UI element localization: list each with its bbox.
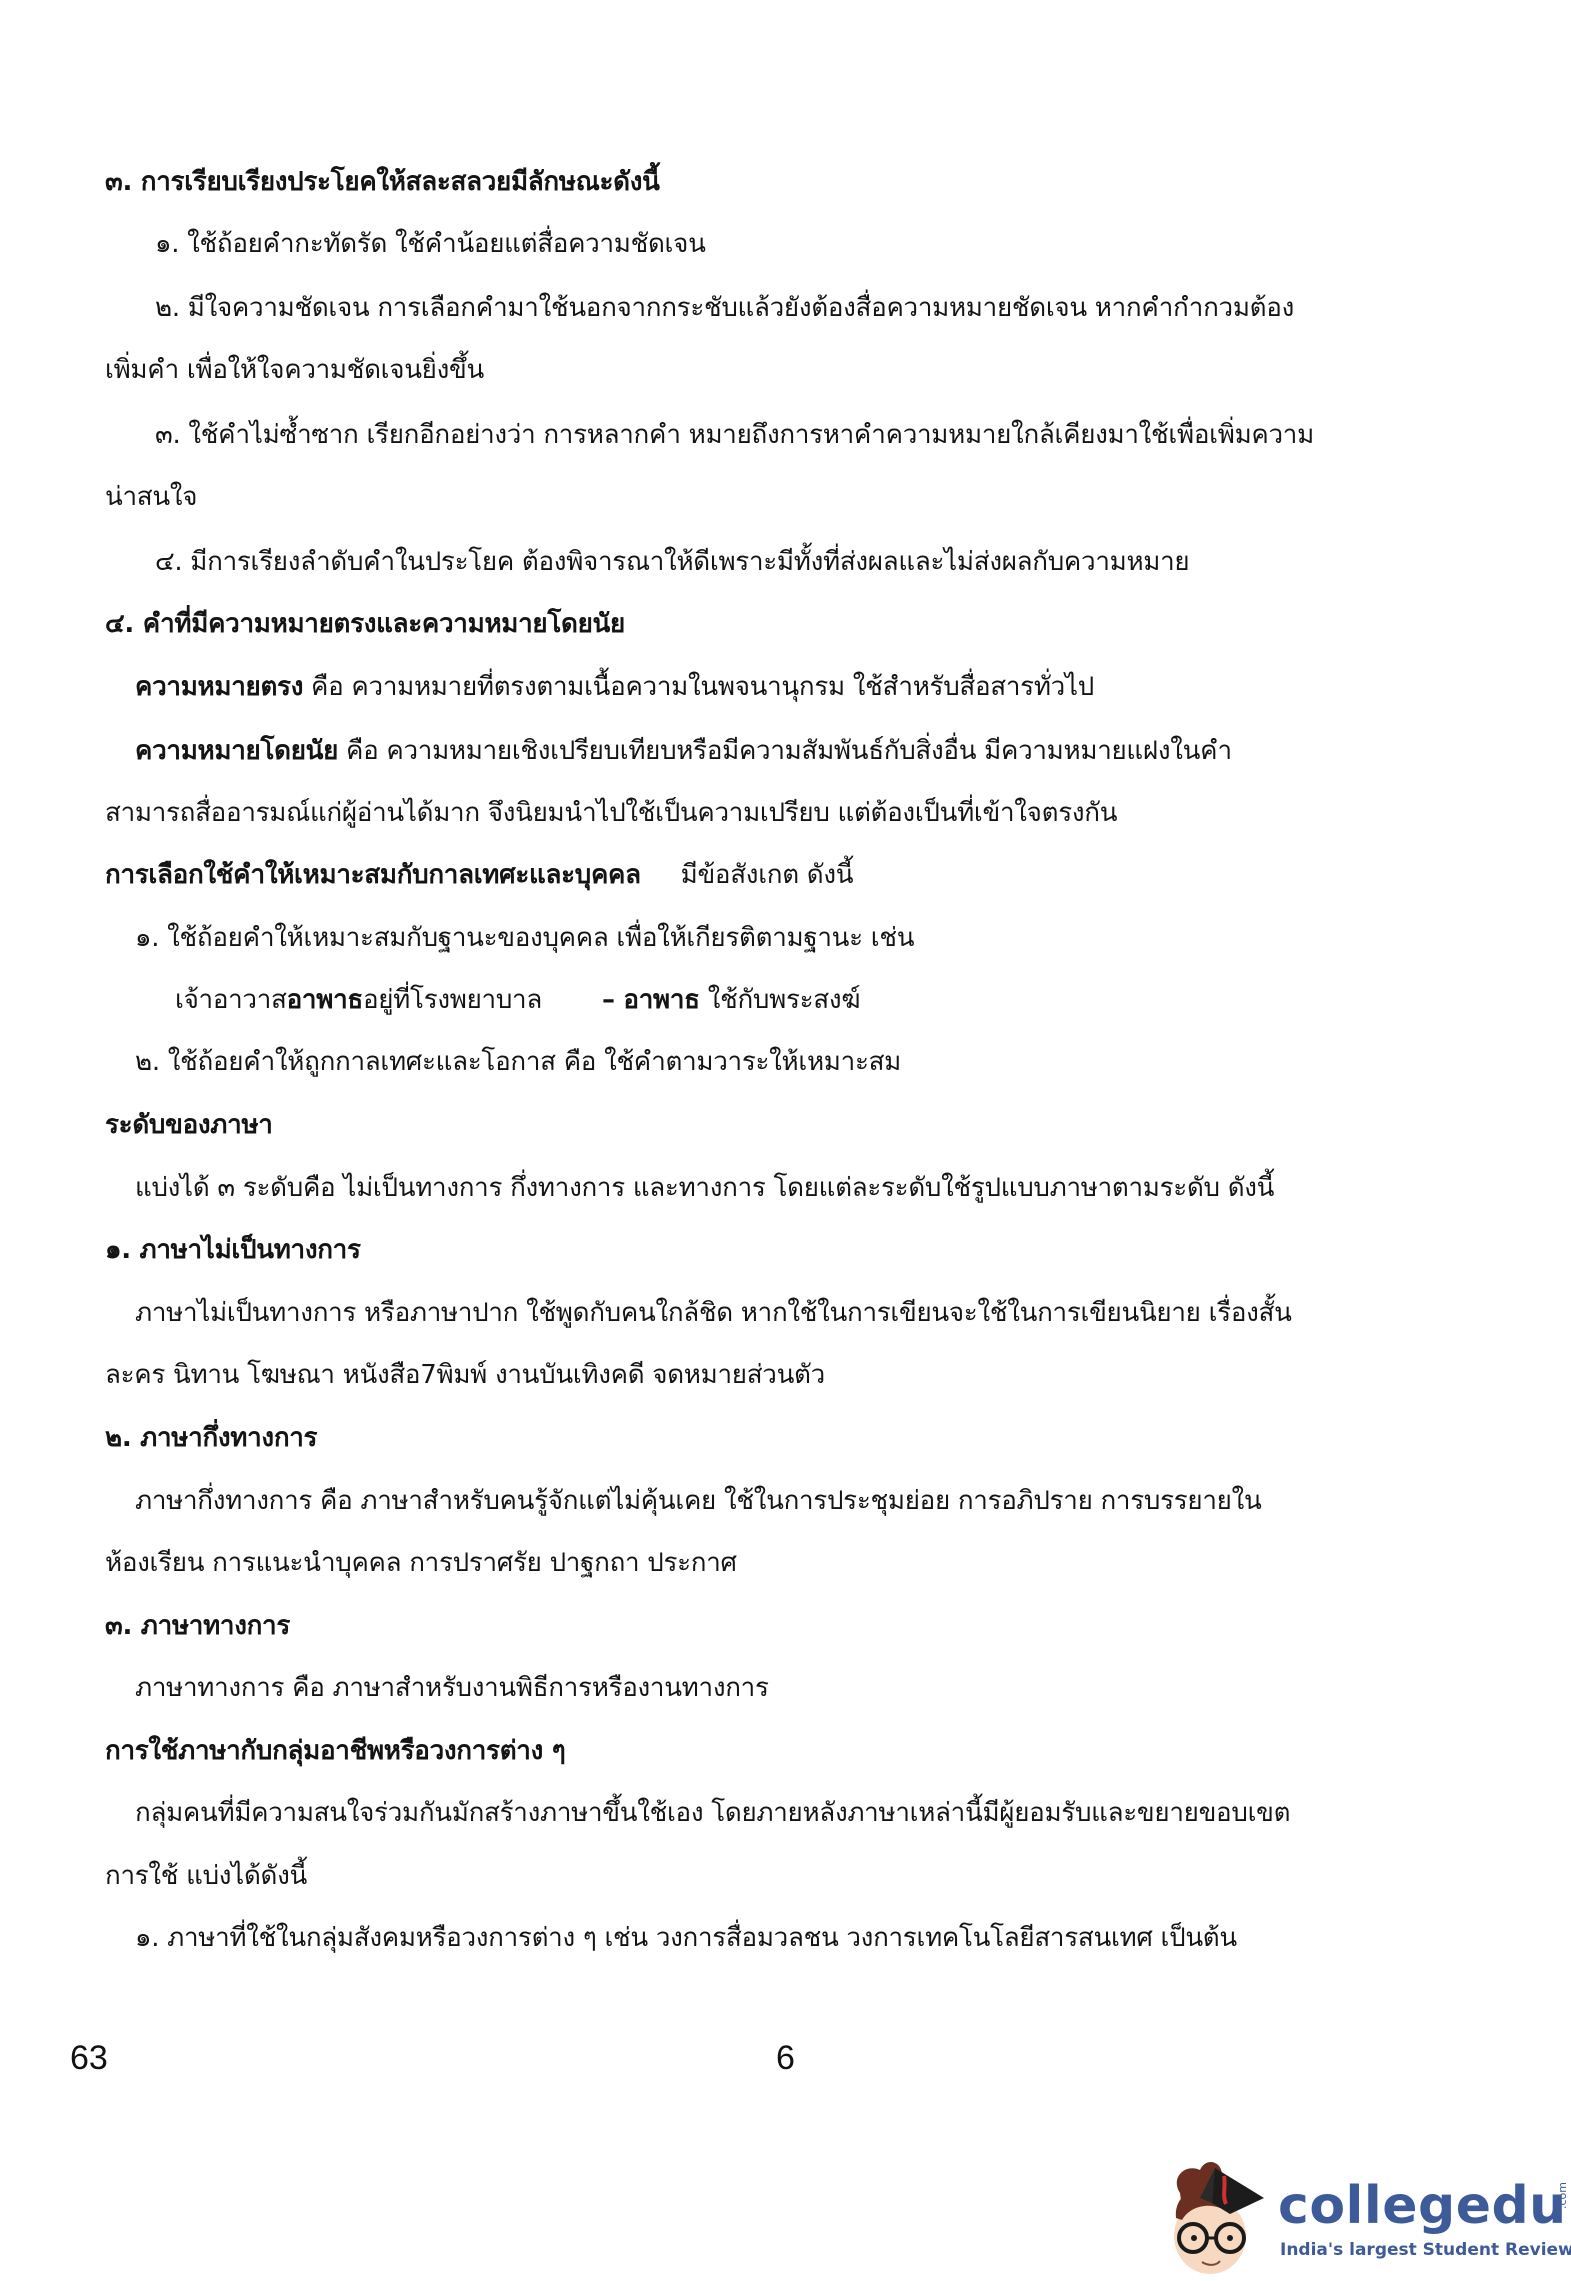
- list-item: ๓. ใช้คำไม่ซ้ำซาก เรียกอีกอย่างว่า การหล…: [155, 415, 1314, 455]
- paragraph-continuation: สามารถสื่ออารมณ์แก่ผู้อ่านได้มาก จึงนิยม…: [105, 793, 1117, 833]
- page-number-center: 6: [776, 2038, 795, 2078]
- subsection-heading: ๓. ภาษาทางการ: [105, 1606, 290, 1646]
- definition-line: ความหมายโดยนัย คือ ความหมายเชิงเปรียบเที…: [135, 731, 1232, 771]
- brand-tagline: India's largest Student Review Platform: [1280, 2240, 1571, 2260]
- brand-suffix: .com: [1556, 2182, 1569, 2209]
- list-item: ๒. ใช้ถ้อยคำให้ถูกกาลเทศะและโอกาส คือ ใช…: [135, 1042, 901, 1082]
- list-item: ๑. ภาษาที่ใช้ในกลุ่มสังคมหรือวงการต่าง ๆ…: [135, 1918, 1237, 1958]
- paragraph: แบ่งได้ ๓ ระดับคือ ไม่เป็นทางการ กึ่งทาง…: [135, 1168, 1274, 1208]
- subsection-heading: ๑. ภาษาไม่เป็นทางการ: [105, 1230, 361, 1270]
- paragraph-continuation: ละคร นิทาน โฆษณา หนังสือ7พิมพ์ งานบันเทิ…: [105, 1355, 825, 1395]
- section-heading: ๓. การเรียบเรียงประโยคให้สละสลวยมีลักษณะ…: [105, 162, 660, 202]
- paragraph-continuation: ห้องเรียน การแนะนำบุคคล การปราศรัย ปาฐกถ…: [105, 1543, 737, 1583]
- paragraph-continuation: เพิ่มคำ เพื่อให้ใจความชัดเจนยิ่งขึ้น: [105, 350, 484, 390]
- example-prefix: เจ้าอาวาส: [175, 985, 287, 1015]
- collegedunia-logo[interactable]: collegedunia .com India's largest Studen…: [1160, 2148, 1565, 2278]
- section-heading: การใช้ภาษากับกลุ่มอาชีพหรือวงการต่าง ๆ: [105, 1731, 565, 1771]
- paragraph-continuation: น่าสนใจ: [105, 477, 197, 517]
- example-line: เจ้าอาวาสอาพาธอยู่ที่โรงพยาบาล– อาพาธ ใช…: [175, 980, 860, 1020]
- paragraph-continuation: การใช้ แบ่งได้ดังนี้: [105, 1856, 307, 1896]
- definition-term: ความหมายตรง: [135, 672, 303, 702]
- definition-line: ความหมายตรง คือ ความหมายที่ตรงตามเนื้อคว…: [135, 667, 1094, 707]
- definition-term: ความหมายโดยนัย: [135, 736, 338, 766]
- definition-text: คือ ความหมายเชิงเปรียบเทียบหรือมีความสัม…: [338, 736, 1232, 766]
- paragraph: ภาษากึ่งทางการ คือ ภาษาสำหรับคนรู้จักแต่…: [135, 1481, 1261, 1521]
- section-heading: ระดับของภาษา: [105, 1105, 273, 1145]
- subsection-title: การเลือกใช้คำให้เหมาะสมกับกาลเทศะและบุคค…: [105, 860, 641, 890]
- section-heading: ๔. คำที่มีความหมายตรงและความหมายโดยนัย: [105, 604, 625, 644]
- paragraph: ภาษาไม่เป็นทางการ หรือภาษาปาก ใช้พูดกับค…: [135, 1293, 1292, 1333]
- definition-text: คือ ความหมายที่ตรงตามเนื้อความในพจนานุกร…: [303, 672, 1094, 702]
- document-page: ๓. การเรียบเรียงประโยคให้สละสลวยมีลักษณะ…: [0, 0, 1571, 2281]
- list-item: ๒. มีใจความชัดเจน การเลือกคำมาใช้นอกจากก…: [155, 288, 1294, 328]
- example-suffix-term: – อาพาธ: [602, 985, 700, 1015]
- example-suffix: ใช้กับพระสงฆ์: [700, 985, 860, 1015]
- example-term: อาพาธ: [287, 985, 363, 1015]
- paragraph: ภาษาทางการ คือ ภาษาสำหรับงานพิธีการหรือง…: [135, 1668, 769, 1708]
- brand-name: collegedunia: [1278, 2178, 1571, 2234]
- subsection-heading: การเลือกใช้คำให้เหมาะสมกับกาลเทศะและบุคค…: [105, 855, 853, 895]
- subsection-note: มีข้อสังเกต ดังนี้: [641, 860, 853, 890]
- list-item: ๑. ใช้ถ้อยคำให้เหมาะสมกับฐานะของบุคคล เพ…: [135, 918, 914, 958]
- list-item: ๔. มีการเรียงลำดับคำในประโยค ต้องพิจารณา…: [155, 542, 1189, 582]
- page-number-left: 63: [70, 2038, 108, 2078]
- list-item: ๑. ใช้ถ้อยคำกะทัดรัด ใช้คำน้อยแต่สื่อควา…: [155, 224, 706, 264]
- subsection-heading: ๒. ภาษากึ่งทางการ: [105, 1418, 317, 1458]
- paragraph: กลุ่มคนที่มีความสนใจร่วมกันมักสร้างภาษาข…: [135, 1793, 1290, 1833]
- example-text: อยู่ที่โรงพยาบาล: [363, 985, 542, 1015]
- mascot-graduate-icon: [1160, 2148, 1270, 2278]
